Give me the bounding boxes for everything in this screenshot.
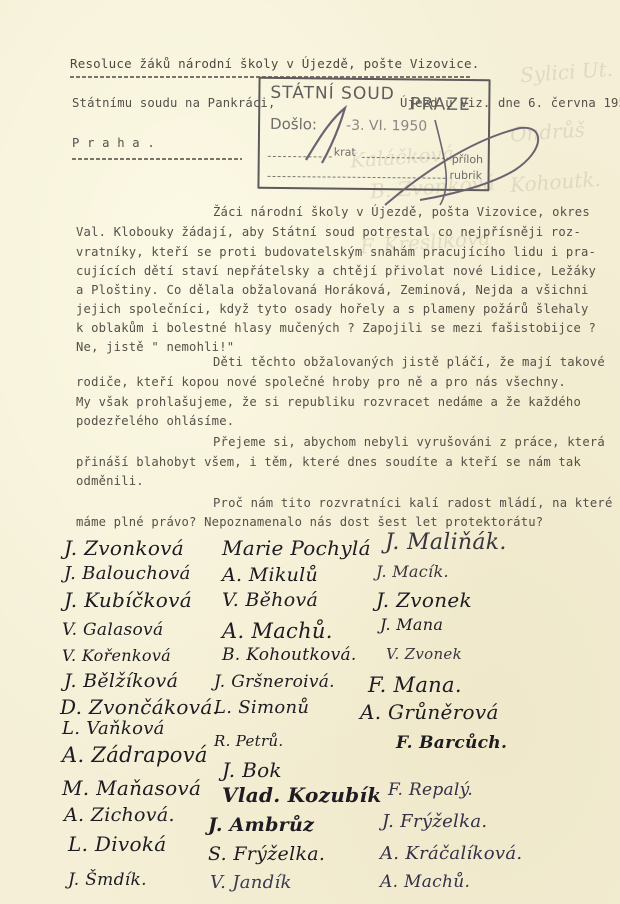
stamp-court-name: STÁTNÍ SOUD <box>270 83 395 104</box>
signature: V. Běhová <box>222 589 318 611</box>
stamp-city: PRAZE <box>410 94 471 115</box>
stamp-received-date: -3. VI. 1950 <box>346 118 427 135</box>
text-line: Děti těchto obžalovaných jistě pláčí, že… <box>213 355 605 369</box>
signature: V. Kořenková <box>62 646 171 665</box>
signature: V. Galasová <box>62 620 163 640</box>
city-praha: P r a h a . <box>72 136 155 150</box>
stamp-field-rubrik: rubrik <box>450 169 483 182</box>
signature: L. Divoká <box>68 832 167 856</box>
text-line: k oblakům i bolestné hlasy mučených ? Za… <box>76 321 596 335</box>
stamp-field-line <box>362 156 450 159</box>
received-stamp: STÁTNÍ SOUD PRAZE Došlo: -3. VI. 1950 kr… <box>257 77 490 191</box>
stamp-field-priloh: příloh <box>452 153 483 166</box>
reverse-side-showthrough: Ondrůš <box>509 117 585 146</box>
signature: L. Vaňková <box>62 718 165 739</box>
signature: A. Mikulů <box>222 564 318 586</box>
signature: Vlad. Kozubík <box>222 783 382 807</box>
document-page: Sylici Ut. Ondrůš Kaláčková B. Zvonková … <box>0 0 620 904</box>
signature: F. Barcůch. <box>396 733 507 753</box>
signature: A. Machů. <box>222 619 333 643</box>
city-underline <box>72 158 242 160</box>
signature: B. Kohoutková. <box>222 645 357 665</box>
signature: J. Mana <box>380 615 443 634</box>
signature: S. Frýželka. <box>208 843 325 865</box>
signature: A. Kráčalíková. <box>380 843 522 864</box>
signature: J. Gršneroivá. <box>214 672 335 692</box>
text-line: rodiče, kteří kopou nové společné hroby … <box>76 375 566 389</box>
signature: A. Machů. <box>380 872 470 892</box>
stamp-field-line <box>268 155 332 158</box>
signature: J. Frýželka. <box>382 811 487 832</box>
signature: J. Zvonková <box>64 536 184 560</box>
signature: J. Bělžíková <box>64 670 178 692</box>
signature: J. Balouchová <box>64 563 191 584</box>
text-line: vratníky, kteří se proti budovatelským s… <box>76 245 596 259</box>
signature: J. Zvonek <box>376 588 472 612</box>
signature: J. Bok <box>222 758 282 782</box>
text-line: jejich společníci, když tyto osady hořel… <box>76 302 589 316</box>
signature: F. Mana. <box>368 673 462 697</box>
signature: R. Petrů. <box>214 732 283 750</box>
signature: J. Kubíčková <box>64 588 192 612</box>
signature: L. Simonů <box>214 697 309 718</box>
signature: J. Šmdík. <box>68 870 147 890</box>
signature: F. Repalý. <box>388 780 473 800</box>
text-line: Ne, jistě " nemohli!" <box>76 340 234 354</box>
stamp-field-line <box>268 175 446 179</box>
signature: J. Macík. <box>376 562 449 581</box>
text-line: přináší blahobyt všem, i těm, které dnes… <box>76 455 581 469</box>
text-line: podezřelého ohlásíme. <box>76 414 234 428</box>
signature: A. Zádrapová <box>62 743 208 767</box>
signature: A. Grůněrová <box>360 700 499 724</box>
addressee: Státnímu soudu na Pankráci, <box>72 96 276 110</box>
reverse-side-showthrough: Kohoutk. <box>509 167 601 197</box>
text-line: Val. Klobouky žádají, aby Státní soud po… <box>76 225 581 239</box>
text-line: My však prohlašujeme, že si republiku ro… <box>76 395 581 409</box>
signature: D. Zvončáková. <box>60 695 219 719</box>
signature: Marie Pochylá <box>222 536 371 560</box>
signature: A. Zichová. <box>64 804 175 826</box>
signature: V. Jandík <box>210 872 292 893</box>
reverse-side-showthrough: Sylici Ut. <box>519 57 613 87</box>
text-line: odměnili. <box>76 474 144 488</box>
signature: V. Zvonek <box>386 645 462 663</box>
text-line: a Ploštiny. Co dělala obžalovaná Horákov… <box>76 283 589 297</box>
text-line: Přejeme si, abychom nebyli vyrušováni z … <box>213 435 605 449</box>
document-title: Resoluce žáků národní školy v Újezdě, po… <box>70 56 479 71</box>
text-line: máme plné právo? Nepoznamenalo nás dost … <box>76 515 543 529</box>
stamp-field-krat: krat <box>334 146 356 159</box>
text-line: Proč nám tito rozvratníci kalí radost ml… <box>213 496 613 510</box>
stamp-received-label: Došlo: <box>270 115 317 133</box>
text-line: cujících dětí staví nepřátelsky a chtějí… <box>76 264 596 278</box>
signature: J. Ambrůz <box>208 814 314 836</box>
signature: J. Maliňák. <box>385 530 507 555</box>
text-line: Žáci národní školy v Újezdě, pošta Vizov… <box>213 205 590 219</box>
signature: M. Maňasová <box>62 776 201 800</box>
